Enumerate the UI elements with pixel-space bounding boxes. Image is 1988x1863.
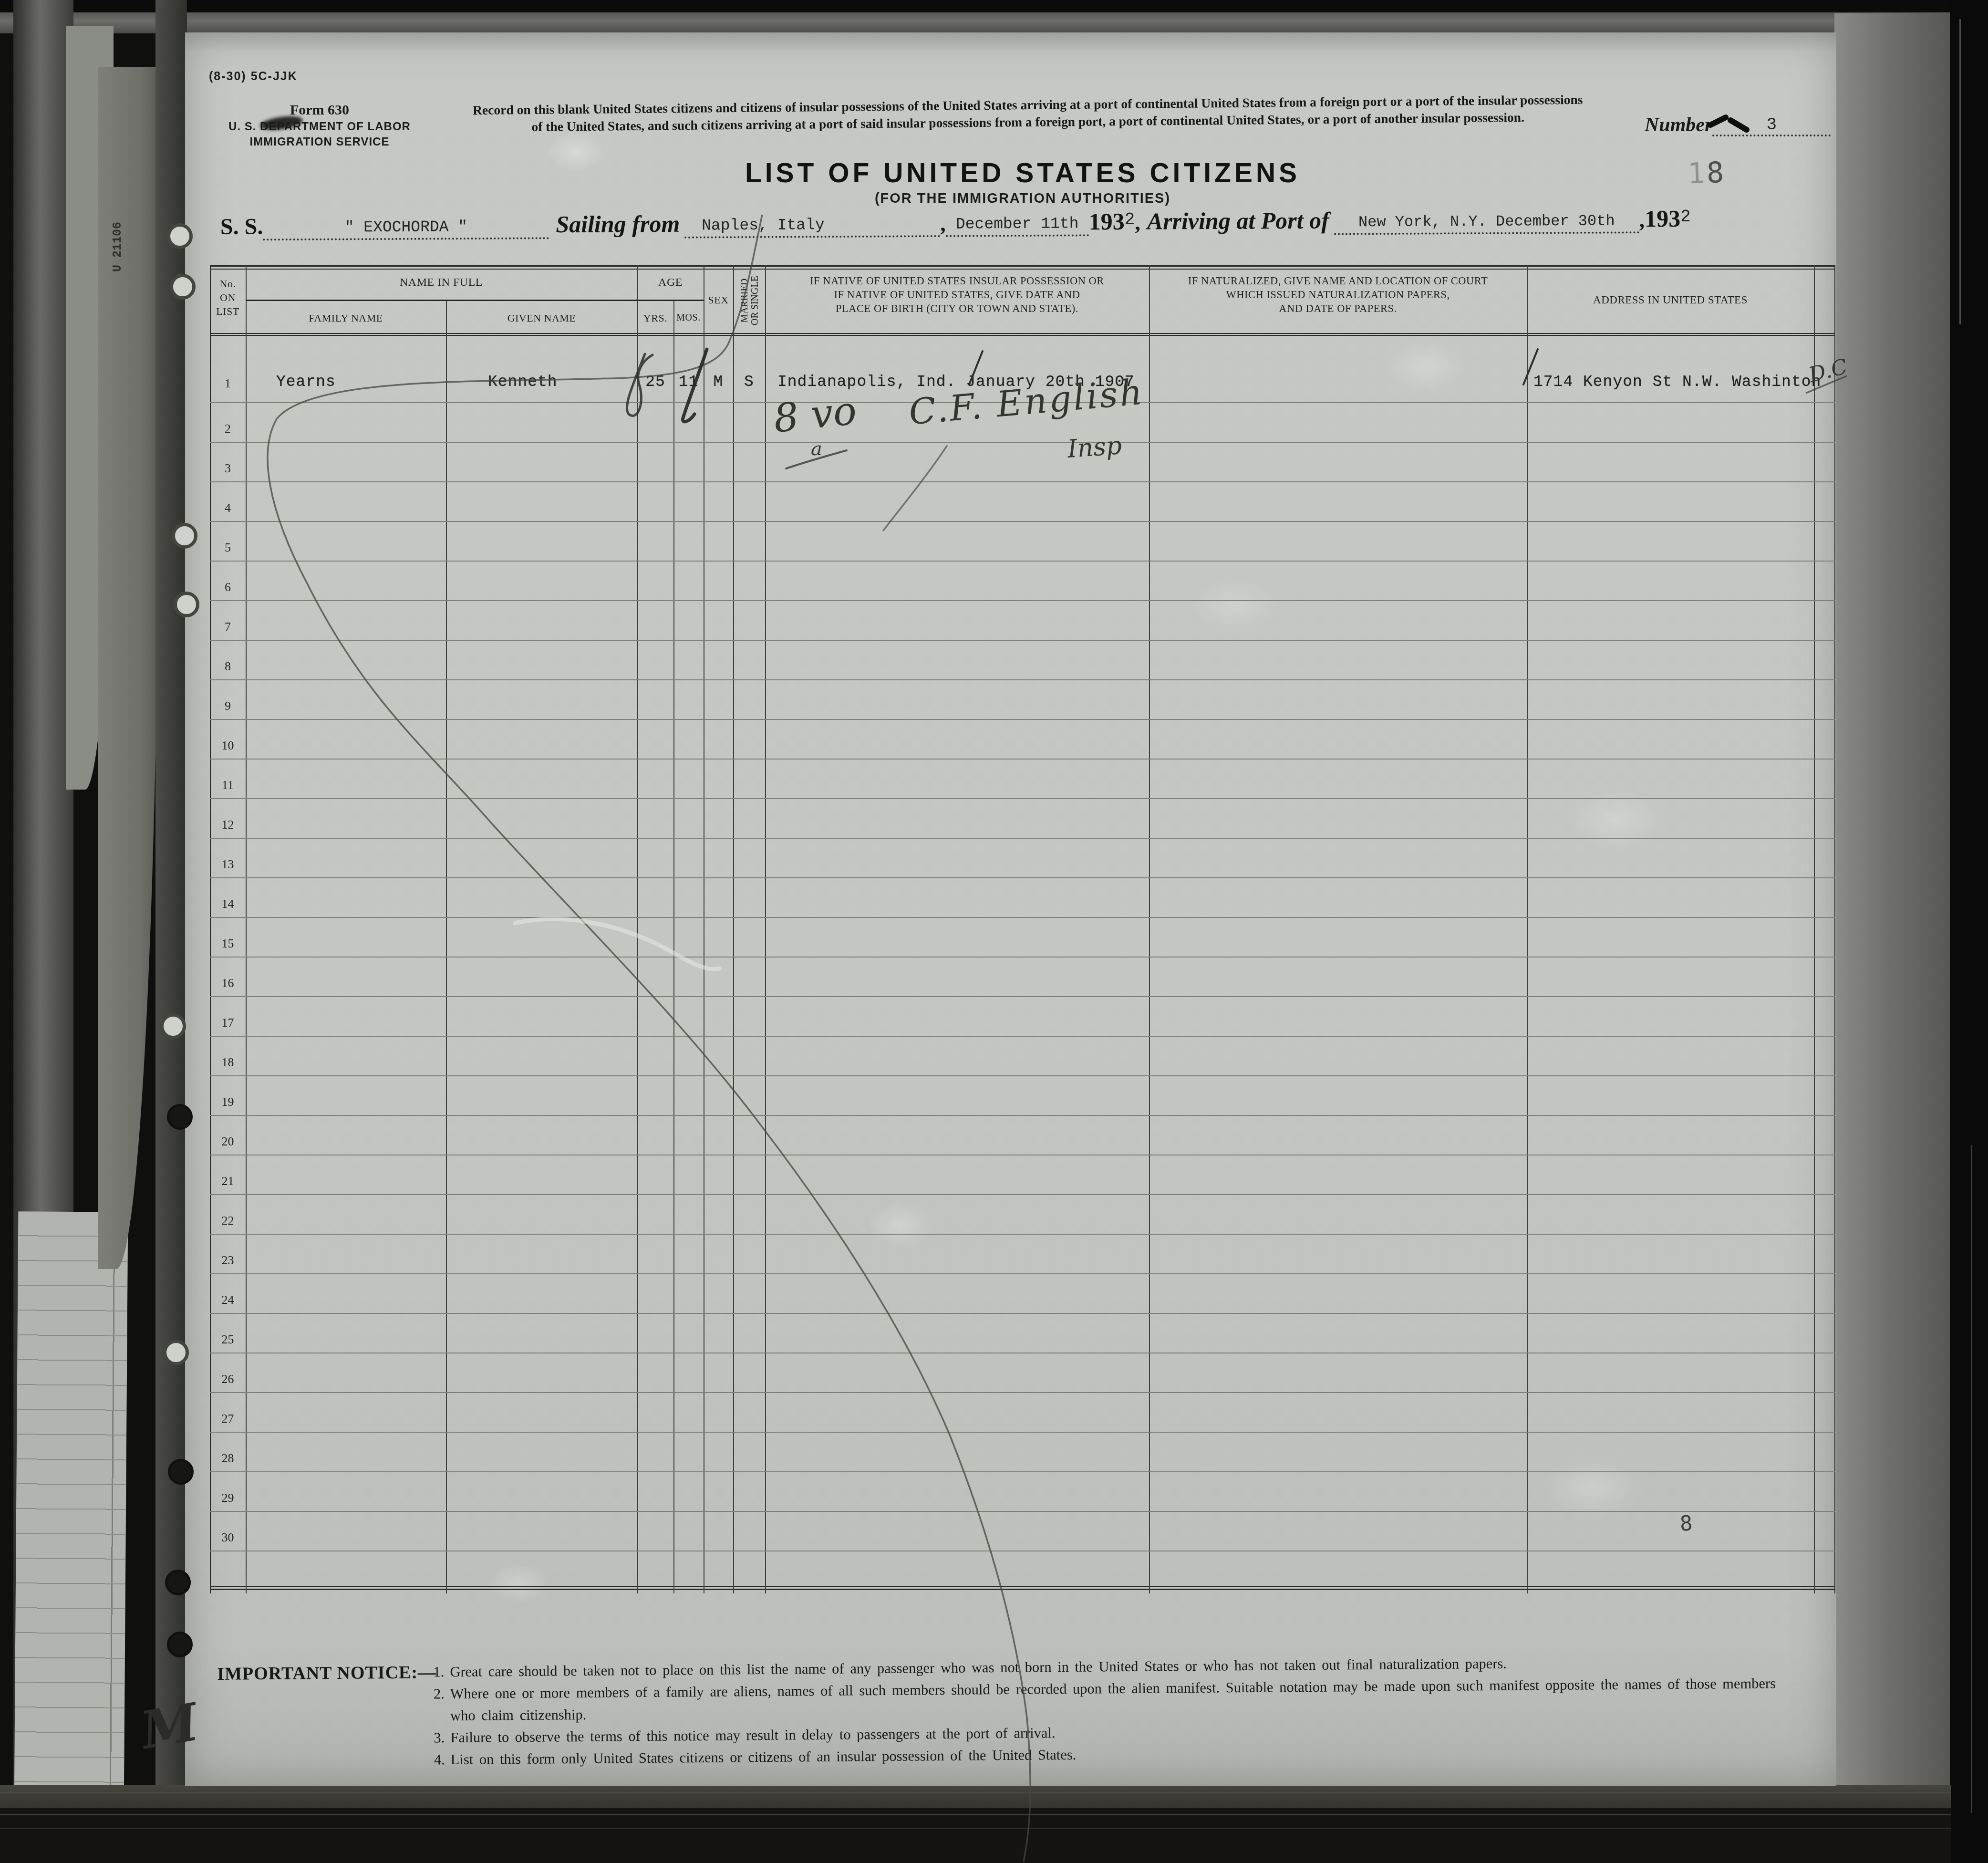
table-body: 1YearnsKenneth2511MSIndianapolis, Ind. J… xyxy=(210,336,1835,1551)
scan-bottom-edge xyxy=(0,1808,1951,1863)
cell-no: 26 xyxy=(210,1372,246,1386)
table-row: 6 xyxy=(210,562,1835,601)
sailing-port: Naples, Italy xyxy=(684,216,940,239)
cell-no: 20 xyxy=(210,1134,246,1149)
table-row: 18 xyxy=(210,1037,1835,1076)
punch-hole xyxy=(168,1459,194,1485)
notice-item-number: 4. xyxy=(422,1749,445,1770)
number-label: Number xyxy=(1645,114,1712,136)
table-row: 8 xyxy=(210,641,1835,680)
cell-no: 21 xyxy=(210,1174,246,1188)
number-field: Number 3 xyxy=(1645,114,1831,136)
agency-service: IMMIGRATION SERVICE xyxy=(205,135,434,149)
page-subtitle: (FOR THE IMMIGRATION AUTHORITIES) xyxy=(210,191,1835,207)
arrival-port-and-date: New York, N.Y. December 30th xyxy=(1334,212,1639,235)
cell-no: 9 xyxy=(210,699,246,713)
table-row: 24 xyxy=(210,1274,1835,1314)
sailing-date: December 11th xyxy=(946,215,1089,237)
header-married-or-single: MARRIED OR SINGLE xyxy=(739,267,760,334)
cell-no: 10 xyxy=(210,739,246,753)
table-row: 4 xyxy=(210,482,1835,522)
punch-hole xyxy=(160,1013,186,1039)
arriving-label: Arriving at Port of xyxy=(1140,207,1334,236)
table-row: 10 xyxy=(210,720,1835,760)
cell-yrs: 25 xyxy=(637,373,673,391)
table-row: 23 xyxy=(210,1235,1835,1274)
table-row: 11 xyxy=(210,760,1835,799)
ss-label: S. S. xyxy=(220,213,263,240)
table-rule xyxy=(210,265,1835,267)
header-rule xyxy=(246,300,704,301)
edge-label: U 21106 xyxy=(111,222,124,272)
punch-hole xyxy=(163,1340,189,1365)
table-row: 30 xyxy=(210,1512,1835,1551)
left-page-edge-2 xyxy=(98,67,159,1269)
header-naturalization: IF NATURALIZED, GIVE NAME AND LOCATION O… xyxy=(1149,274,1527,315)
margin-mark: M xyxy=(136,1692,203,1761)
cell-no: 3 xyxy=(210,461,246,476)
cell-no: 16 xyxy=(210,976,246,990)
table-row: 13 xyxy=(210,839,1835,878)
handwritten-sub-mark: a xyxy=(811,438,822,460)
punch-hole xyxy=(167,223,193,249)
header-sex: SEX xyxy=(704,293,733,307)
cell-no: 5 xyxy=(210,541,246,555)
printed-year: 193 xyxy=(1645,205,1680,233)
passenger-table: No. ON LIST NAME IN FULL FAMILY NAME GIV… xyxy=(210,265,1835,1593)
scan-top-edge xyxy=(0,0,1988,12)
table-row: 29 xyxy=(210,1472,1835,1512)
header-family-name: FAMILY NAME xyxy=(246,311,446,325)
table-rule xyxy=(210,1586,1835,1587)
cell-no: 22 xyxy=(210,1214,246,1228)
cell-no: 6 xyxy=(210,580,246,594)
page-edge-streak xyxy=(0,1792,1951,1793)
table-row: 22 xyxy=(210,1195,1835,1235)
number-value: 3 xyxy=(1712,115,1831,136)
cell-no: 24 xyxy=(210,1293,246,1307)
scan-right-edge xyxy=(1950,0,1988,1863)
sailing-year-digit: 2 xyxy=(1125,210,1135,229)
table-row: 12 xyxy=(210,799,1835,839)
cell-no: 1 xyxy=(210,376,246,391)
cell-married_or_single: S xyxy=(733,373,765,391)
ship-name: " EXOCHORDA " xyxy=(263,218,549,240)
cell-no: 15 xyxy=(210,937,246,951)
page-edge-streak xyxy=(0,1814,1951,1815)
table-row: 20 xyxy=(210,1116,1835,1155)
table-row: 27 xyxy=(210,1393,1835,1433)
punch-hole xyxy=(172,523,197,549)
cell-no: 27 xyxy=(210,1412,246,1426)
comma: , xyxy=(1135,210,1140,236)
page-edge-streak xyxy=(0,1828,1951,1829)
inspector-title: Insp xyxy=(1066,431,1123,464)
cell-no: 29 xyxy=(210,1491,246,1505)
cell-family: Yearns xyxy=(246,373,446,391)
page-title: LIST OF UNITED STATES CITIZENS xyxy=(210,157,1835,189)
cell-no: 17 xyxy=(210,1016,246,1030)
cell-no: 19 xyxy=(210,1095,246,1109)
cell-no: 12 xyxy=(210,818,246,832)
header-age: AGE xyxy=(637,276,704,290)
row30-stamp: 8 xyxy=(1679,1511,1693,1536)
cell-address: 1714 Kenyon St N.W. Washinton xyxy=(1527,373,1814,391)
table-rule xyxy=(210,1589,1835,1590)
right-page-streak xyxy=(1959,19,1961,324)
punch-hole xyxy=(167,1632,193,1657)
cell-no: 18 xyxy=(210,1055,246,1070)
upper-page-edge xyxy=(0,12,1960,33)
cell-no: 11 xyxy=(210,778,246,792)
notice-item-number: 2. xyxy=(421,1683,445,1727)
table-row: 15 xyxy=(210,918,1835,958)
cell-no: 28 xyxy=(210,1451,246,1466)
table-row: 28 xyxy=(210,1433,1835,1472)
plate-code: (8-30) 5C-JJK xyxy=(209,70,298,83)
punch-hole xyxy=(174,592,199,617)
cell-no: 2 xyxy=(210,422,246,436)
cell-no: 23 xyxy=(210,1253,246,1268)
header-address: ADDRESS IN UNITED STATES xyxy=(1527,293,1814,307)
bottom-page-edges xyxy=(0,1785,1951,1808)
table-row: 26 xyxy=(210,1353,1835,1393)
notice-item-number: 3. xyxy=(422,1727,445,1749)
comma: , xyxy=(1639,207,1645,233)
agency-name: U. S. DEPARTMENT OF LABOR xyxy=(205,120,434,134)
cell-no: 30 xyxy=(210,1530,246,1545)
cell-no: 8 xyxy=(210,659,246,674)
header-birth: IF NATIVE OF UNITED STATES INSULAR POSSE… xyxy=(765,274,1149,315)
cell-no: 14 xyxy=(210,897,246,911)
notice-label: IMPORTANT NOTICE:— xyxy=(217,1662,436,1685)
table-row: 17 xyxy=(210,997,1835,1037)
punch-hole xyxy=(170,274,196,300)
table-row: 7 xyxy=(210,601,1835,641)
punch-hole xyxy=(167,1104,193,1130)
notice-items: 1.Great care should be taken not to plac… xyxy=(421,1650,1792,1771)
table-row: 21 xyxy=(210,1155,1835,1195)
cell-no: 13 xyxy=(210,857,246,872)
right-backing-page xyxy=(1834,13,1950,1863)
table-rule xyxy=(210,333,1835,334)
table-row: 25 xyxy=(210,1314,1835,1353)
cell-given: Kenneth xyxy=(446,373,637,391)
table-row: 19 xyxy=(210,1076,1835,1116)
table-row: 16 xyxy=(210,958,1835,997)
table-rule xyxy=(210,269,1835,270)
printed-year: 193 xyxy=(1089,208,1125,236)
right-page-streak xyxy=(1971,1145,1972,1813)
header-mos: MOS. xyxy=(673,311,704,325)
cell-no: 25 xyxy=(210,1332,246,1347)
cell-sex: M xyxy=(704,373,733,391)
cell-mos: 11 xyxy=(673,373,704,391)
comma: , xyxy=(940,211,946,237)
sailing-from-label: Sailing from xyxy=(549,210,684,239)
cell-no: 7 xyxy=(210,620,246,634)
punch-hole xyxy=(165,1570,191,1595)
handwritten-signature-prefix: 8 vo xyxy=(772,388,859,442)
header-name-in-full: NAME IN FULL xyxy=(246,276,637,290)
header-yrs: YRS. xyxy=(637,311,673,325)
form-number: Form 630 xyxy=(205,102,434,118)
header-no-on-list: No. ON LIST xyxy=(210,277,246,318)
cell-no: 4 xyxy=(210,501,246,515)
table-row: 9 xyxy=(210,680,1835,720)
header-given-name: GIVEN NAME xyxy=(446,311,637,325)
table-row: 14 xyxy=(210,878,1835,918)
table-row: 5 xyxy=(210,522,1835,562)
table-row: 3 xyxy=(210,443,1835,482)
arrival-year-digit: 2 xyxy=(1680,207,1691,227)
important-notice: IMPORTANT NOTICE:— 1.Great care should b… xyxy=(217,1650,1792,1772)
left-ruled-page xyxy=(14,1211,128,1813)
form-identification: Form 630 U. S. DEPARTMENT OF LABOR IMMIG… xyxy=(205,102,434,149)
